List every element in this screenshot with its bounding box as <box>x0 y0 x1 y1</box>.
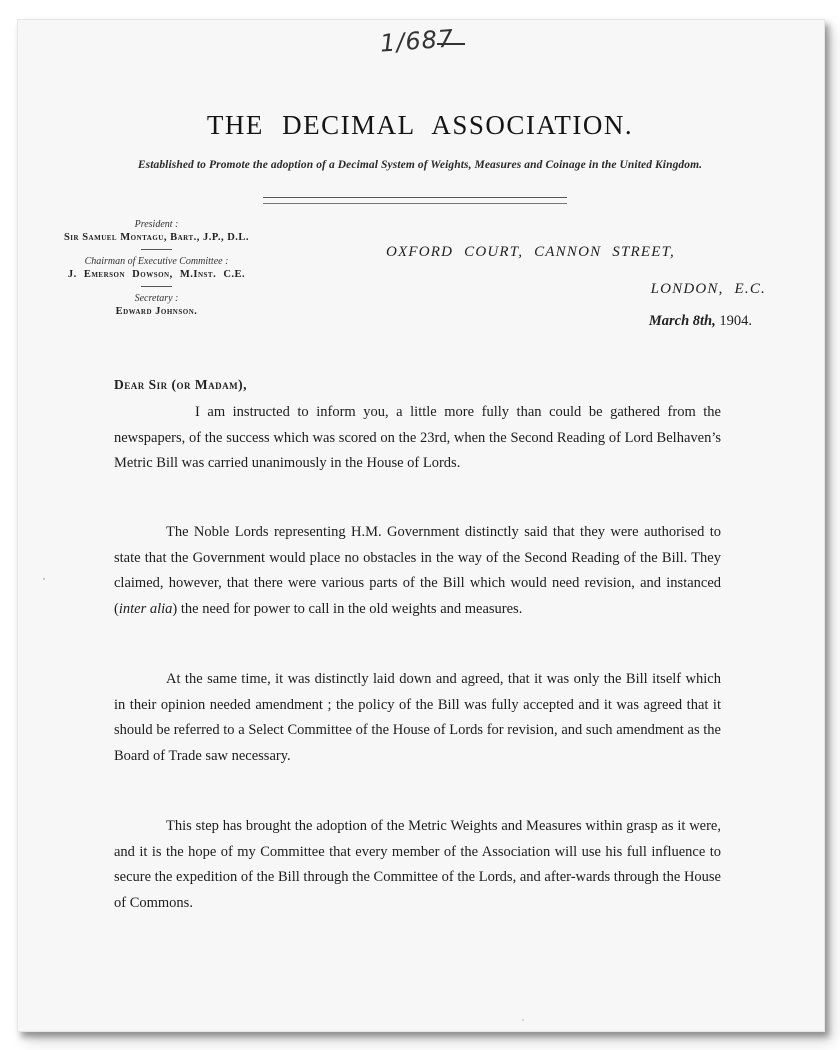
officers-list: President : Sir Samuel Montagu, Bart., J… <box>44 218 269 319</box>
letterhead-subtitle: Established to Promote the adoption of a… <box>0 159 840 171</box>
officer-president: President : Sir Samuel Montagu, Bart., J… <box>44 218 269 245</box>
letterhead-title: THE DECIMAL ASSOCIATION. <box>0 110 840 141</box>
officer-chairman: Chairman of Executive Committee : J. Eme… <box>44 255 269 282</box>
salutation: Dear Sir (or Madam), <box>114 377 247 393</box>
officer-role: Secretary : <box>44 292 269 305</box>
address-city: LONDON, E.C. <box>651 281 766 298</box>
officer-divider <box>141 249 172 250</box>
officer-name: J. Emerson Dowson, M.Inst. C.E. <box>44 268 269 282</box>
reference-strikethrough <box>437 43 465 45</box>
paragraph-text: This step has brought the adoption of th… <box>114 814 721 916</box>
paragraph-text: At the same time, it was distinctly laid… <box>114 667 721 769</box>
italic-phrase: inter alia <box>119 601 173 617</box>
officer-name: Sir Samuel Montagu, Bart., J.P., D.L. <box>44 231 269 245</box>
paragraph-4: This step has brought the adoption of th… <box>114 814 721 916</box>
paragraph-text: The Noble Lords representing H.M. Govern… <box>114 520 721 622</box>
officer-role: Chairman of Executive Committee : <box>44 255 269 268</box>
date-month-day: March 8th, <box>649 313 716 329</box>
officer-role: President : <box>44 218 269 231</box>
address-street: OXFORD COURT, CANNON STREET, <box>386 244 675 261</box>
scan-speck <box>43 578 45 580</box>
officer-name: Edward Johnson. <box>44 305 269 319</box>
letter-date: March 8th, 1904. <box>649 313 752 330</box>
paragraph-text: I am instructed to inform you, a little … <box>114 400 721 477</box>
date-year: 1904. <box>719 313 752 329</box>
scan-speck <box>522 1019 524 1021</box>
paragraph-3: At the same time, it was distinctly laid… <box>114 667 721 769</box>
paragraph-text-part: ) the need for power to call in the old … <box>172 601 522 617</box>
handwritten-reference-number: 1/687 <box>379 24 455 57</box>
officer-divider <box>141 286 172 287</box>
paragraph-2: The Noble Lords representing H.M. Govern… <box>114 520 721 622</box>
officer-secretary: Secretary : Edward Johnson. <box>44 292 269 319</box>
letterhead-divider <box>263 197 567 204</box>
paragraph-1: I am instructed to inform you, a little … <box>114 400 721 477</box>
